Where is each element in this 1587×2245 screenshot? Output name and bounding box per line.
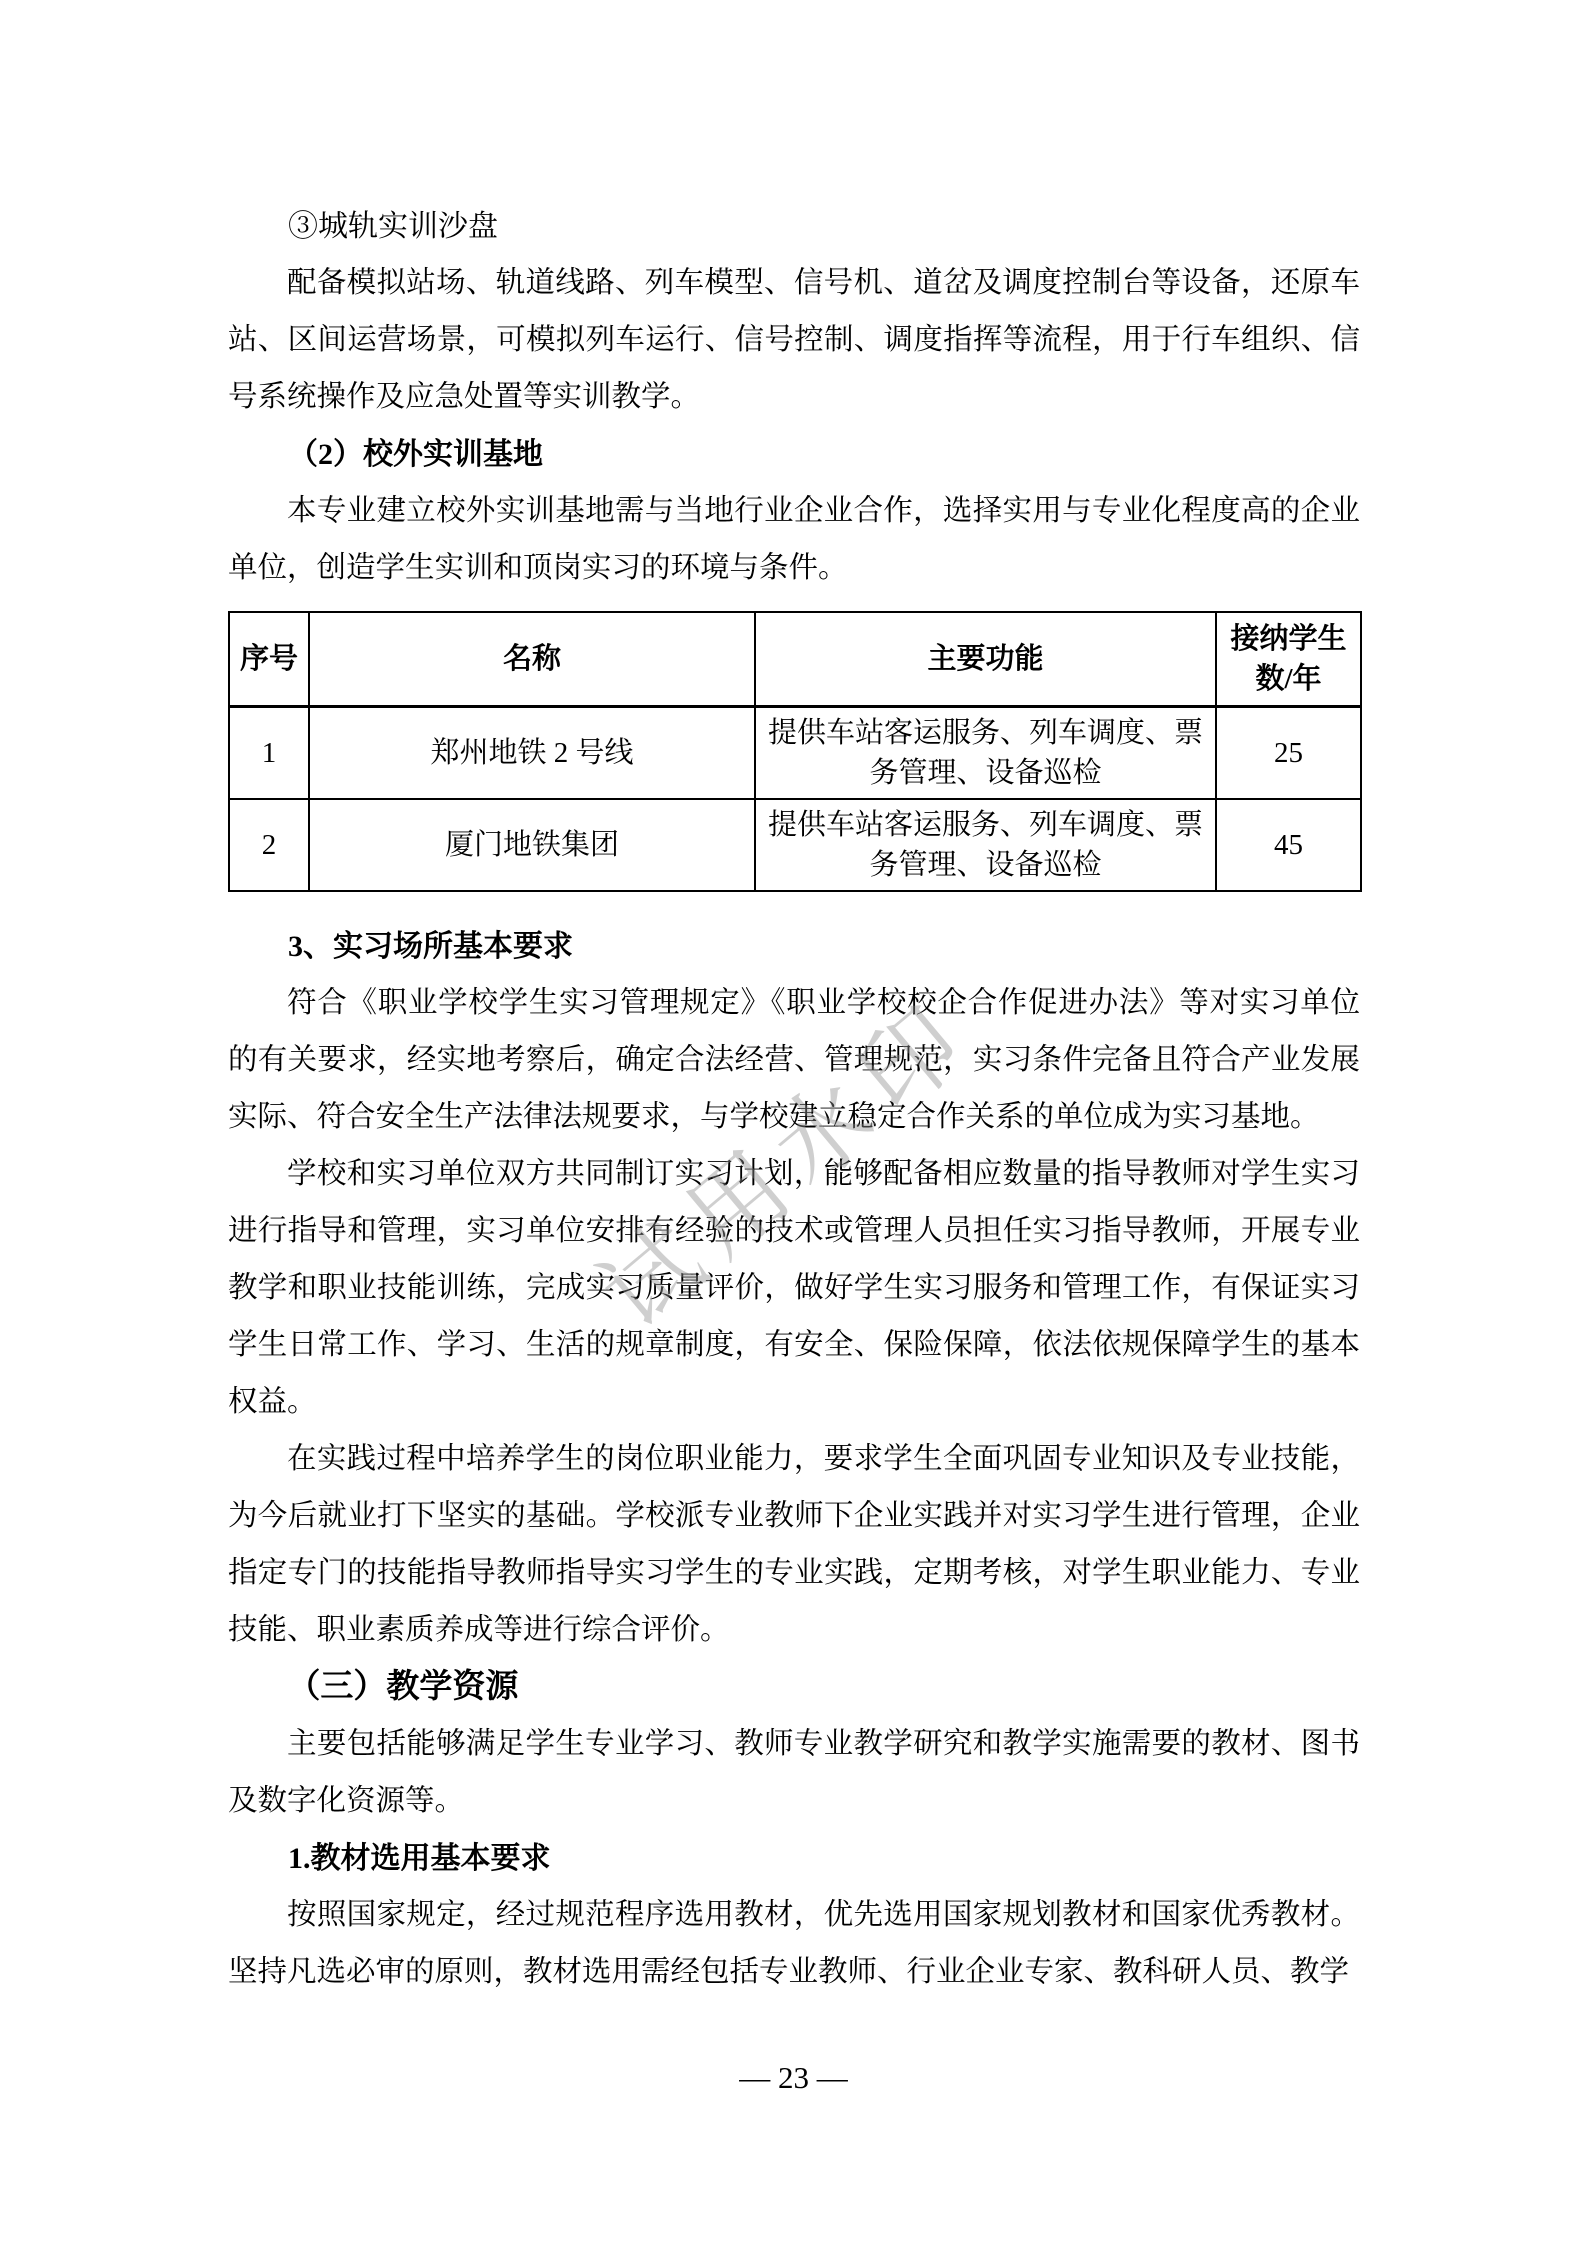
heading-sandbox: ③城轨实训沙盘 [228, 198, 1360, 255]
heading-offcampus-base: （2）校外实训基地 [228, 426, 1360, 483]
document-content: ③城轨实训沙盘 配备模拟站场、轨道线路、列车模型、信号机、道岔及调度控制台等设备… [228, 198, 1360, 2001]
cell-no: 2 [229, 799, 309, 891]
col-header-students: 接纳学生数/年 [1216, 612, 1361, 707]
cell-name: 郑州地铁 2 号线 [309, 707, 755, 800]
table-header-row: 序号 名称 主要功能 接纳学生数/年 [229, 612, 1361, 707]
col-header-functions: 主要功能 [755, 612, 1216, 707]
paragraph-requirements-3: 在实践过程中培养学生的岗位职业能力，要求学生全面巩固专业知识及专业技能，为今后就… [228, 1431, 1360, 1659]
table-row: 2 厦门地铁集团 提供车站客运服务、列车调度、票务管理、设备巡检 45 [229, 799, 1361, 891]
paragraph-requirements-1: 符合《职业学校学生实习管理规定》《职业学校校企合作促进办法》等对实习单位的有关要… [228, 975, 1360, 1146]
heading-textbook-selection: 1.教材选用基本要求 [228, 1830, 1360, 1887]
paragraph-sandbox: 配备模拟站场、轨道线路、列车模型、信号机、道岔及调度控制台等设备，还原车站、区间… [228, 255, 1360, 426]
cell-name: 厦门地铁集团 [309, 799, 755, 891]
col-header-name: 名称 [309, 612, 755, 707]
cell-students: 25 [1216, 707, 1361, 800]
cell-functions: 提供车站客运服务、列车调度、票务管理、设备巡检 [755, 707, 1216, 800]
col-header-no: 序号 [229, 612, 309, 707]
heading-teaching-resources: （三）教学资源 [228, 1659, 1360, 1716]
paragraph-requirements-2: 学校和实习单位双方共同制订实习计划，能够配备相应数量的指导教师对学生实习进行指导… [228, 1146, 1360, 1431]
document-page: ③城轨实训沙盘 配备模拟站场、轨道线路、列车模型、信号机、道岔及调度控制台等设备… [0, 0, 1587, 2245]
page-number: — 23 — [0, 2058, 1587, 2098]
cell-functions: 提供车站客运服务、列车调度、票务管理、设备巡检 [755, 799, 1216, 891]
cell-no: 1 [229, 707, 309, 800]
paragraph-textbook-selection: 按照国家规定，经过规范程序选用教材，优先选用国家规划教材和国家优秀教材。坚持凡选… [228, 1887, 1360, 2001]
paragraph-teaching-resources: 主要包括能够满足学生专业学习、教师专业教学研究和教学实施需要的教材、图书及数字化… [228, 1716, 1360, 1830]
paragraph-offcampus-base: 本专业建立校外实训基地需与当地行业企业合作，选择实用与专业化程度高的企业单位，创… [228, 483, 1360, 597]
cell-students: 45 [1216, 799, 1361, 891]
table-row: 1 郑州地铁 2 号线 提供车站客运服务、列车调度、票务管理、设备巡检 25 [229, 707, 1361, 800]
training-base-table: 序号 名称 主要功能 接纳学生数/年 1 郑州地铁 2 号线 提供车站客运服务、… [228, 611, 1362, 892]
heading-practice-requirements: 3、实习场所基本要求 [228, 918, 1360, 975]
